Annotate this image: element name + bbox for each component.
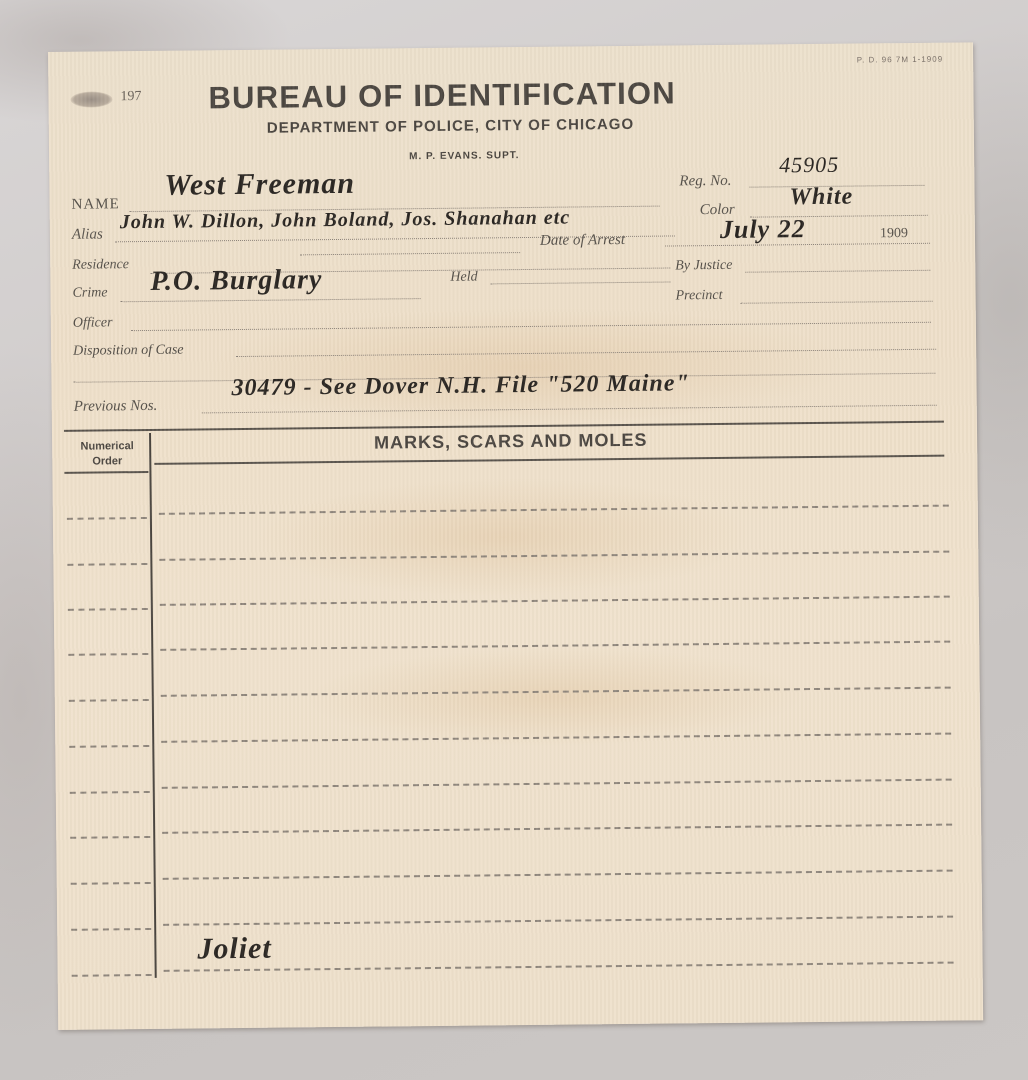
by-justice-label: By Justice — [675, 258, 732, 275]
previous-nos-label: Previous Nos. — [74, 398, 158, 416]
crime-value: P.O. Burglary — [150, 264, 322, 298]
alias-label: Alias — [72, 226, 103, 243]
precinct-label: Precinct — [676, 288, 723, 304]
previous-nos-value: 30479 - See Dover N.H. File "520 Maine" — [231, 370, 690, 402]
date-of-arrest-year: 1909 — [880, 226, 908, 242]
card-title: BUREAU OF IDENTIFICATION — [208, 75, 676, 116]
date-of-arrest-value: July 22 — [720, 214, 806, 245]
numerical-order-header: Numerical Order — [66, 439, 148, 470]
form-code: P. D. 96 7M 1-1909 — [857, 55, 943, 65]
disposition-label: Disposition of Case — [73, 343, 184, 360]
name-label: NAME — [72, 196, 120, 214]
identification-card: P. D. 96 7M 1-1909 197 BUREAU OF IDENTIF… — [48, 42, 983, 1030]
crime-label: Crime — [72, 285, 107, 301]
seal-number: 197 — [120, 89, 141, 105]
marks-table-body — [48, 42, 973, 52]
marks-entry: Joliet — [197, 932, 272, 967]
superintendent: M. P. EVANS. SUPT. — [409, 150, 520, 162]
marks-scars-moles-header: MARKS, SCARS AND MOLES — [374, 430, 648, 454]
held-label: Held — [450, 270, 477, 286]
name-value: West Freeman — [164, 167, 355, 203]
residence-label: Residence — [72, 257, 129, 274]
reg-no-value: 45905 — [779, 152, 839, 179]
seal-icon — [70, 91, 112, 107]
date-of-arrest-label: Date of Arrest — [540, 232, 625, 250]
officer-label: Officer — [73, 315, 113, 331]
alias-value: John W. Dillon, John Boland, Jos. Shanah… — [120, 207, 571, 235]
reg-no-label: Reg. No. — [679, 173, 731, 191]
card-subtitle: DEPARTMENT OF POLICE, CITY OF CHICAGO — [267, 116, 634, 137]
color-value: White — [789, 184, 853, 212]
